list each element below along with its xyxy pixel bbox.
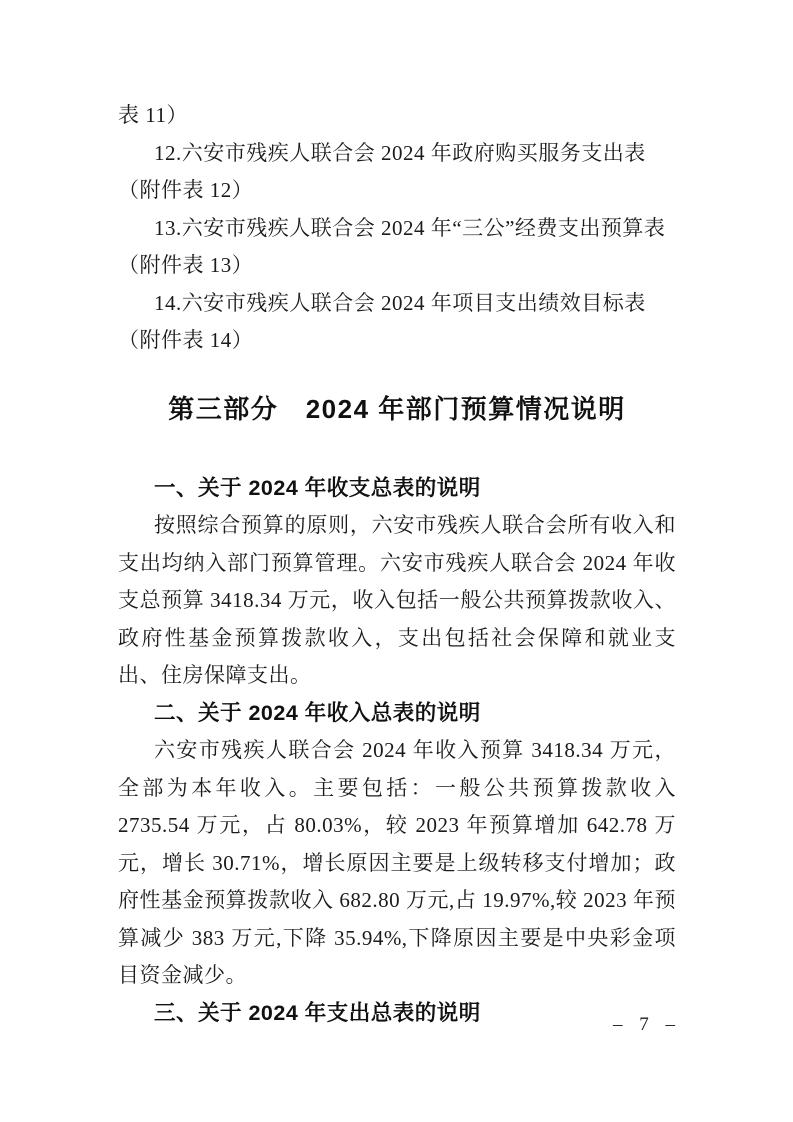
subsection-1-body: 按照综合预算的原则，六安市残疾人联合会所有收入和支出均纳入部门预算管理。六安市残… (118, 507, 676, 695)
subsection-2-heading: 二、关于 2024 年收入总表的说明 (118, 695, 676, 733)
attachment-item-12-note: （附件表 12） (118, 172, 676, 210)
attachment-item-14-title: 14.六安市残疾人联合会 2024 年项目支出绩效目标表 (118, 285, 676, 323)
document-page: 表 11） 12.六安市残疾人联合会 2024 年政府购买服务支出表 （附件表 … (0, 0, 793, 1122)
subsection-2-body: 六安市残疾人联合会 2024 年收入预算 3418.34 万元，全部为本年收入。… (118, 732, 676, 995)
page-number: – 7 – (613, 1014, 681, 1036)
attachment-11-continuation: 表 11） (118, 97, 676, 135)
subsection-3-heading: 三、关于 2024 年支出总表的说明 (118, 995, 676, 1033)
attachment-item-12-title: 12.六安市残疾人联合会 2024 年政府购买服务支出表 (118, 135, 676, 173)
subsection-1-heading: 一、关于 2024 年收支总表的说明 (118, 470, 676, 508)
attachment-item-13-title: 13.六安市残疾人联合会 2024 年“三公”经费支出预算表 (118, 210, 676, 248)
section-heading: 第三部分 2024 年部门预算情况说明 (118, 388, 676, 430)
document-content: 表 11） 12.六安市残疾人联合会 2024 年政府购买服务支出表 （附件表 … (118, 0, 676, 1032)
attachment-item-14-note: （附件表 14） (118, 322, 676, 360)
attachment-item-13-note: （附件表 13） (118, 247, 676, 285)
